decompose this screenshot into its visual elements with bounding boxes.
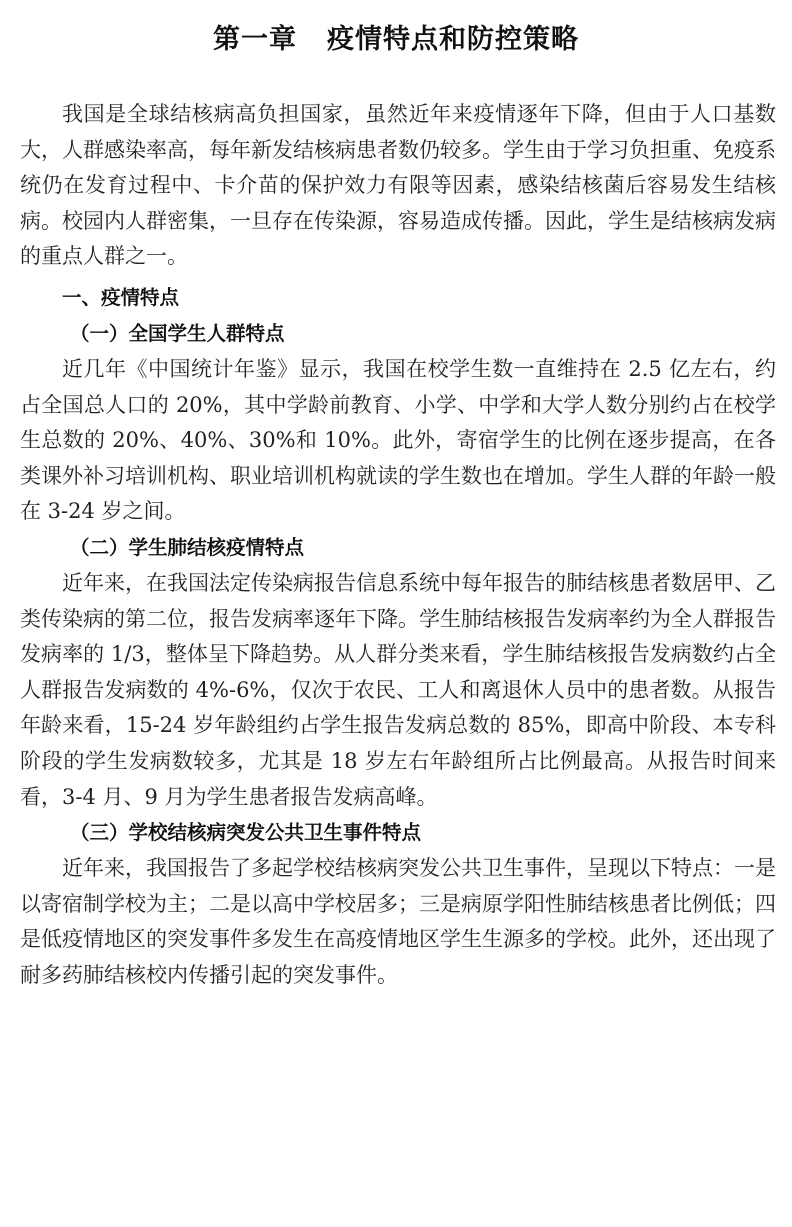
document-body: 我国是全球结核病高负担国家，虽然近年来疫情逐年下降，但由于人口基数大，人群感染率… [20, 97, 776, 993]
subsection-heading-student-tb: （二）学生肺结核疫情特点 [20, 530, 776, 566]
subsection-heading-school-events: （三）学校结核病突发公共卫生事件特点 [20, 815, 776, 851]
subsection-heading-national-students: （一）全国学生人群特点 [20, 316, 776, 352]
paragraph-school-events: 近年来，我国报告了多起学校结核病突发公共卫生事件，呈现以下特点：一是以寄宿制学校… [20, 851, 776, 993]
chapter-heading: 疫情特点和防控策略 [327, 24, 579, 55]
intro-paragraph: 我国是全球结核病高负担国家，虽然近年来疫情逐年下降，但由于人口基数大，人群感染率… [20, 97, 776, 275]
paragraph-national-students: 近几年《中国统计年鉴》显示，我国在校学生数一直维持在 2.5 亿左右，约占全国总… [20, 352, 776, 530]
section-heading-epidemic-features: 一、疫情特点 [20, 280, 776, 316]
paragraph-student-tb: 近年来，在我国法定传染病报告信息系统中每年报告的肺结核患者数居甲、乙类传染病的第… [20, 566, 776, 815]
document-page: 第一章疫情特点和防控策略 我国是全球结核病高负担国家，虽然近年来疫情逐年下降，但… [0, 0, 792, 1227]
chapter-label: 第一章 [213, 24, 297, 55]
chapter-title: 第一章疫情特点和防控策略 [0, 18, 792, 62]
